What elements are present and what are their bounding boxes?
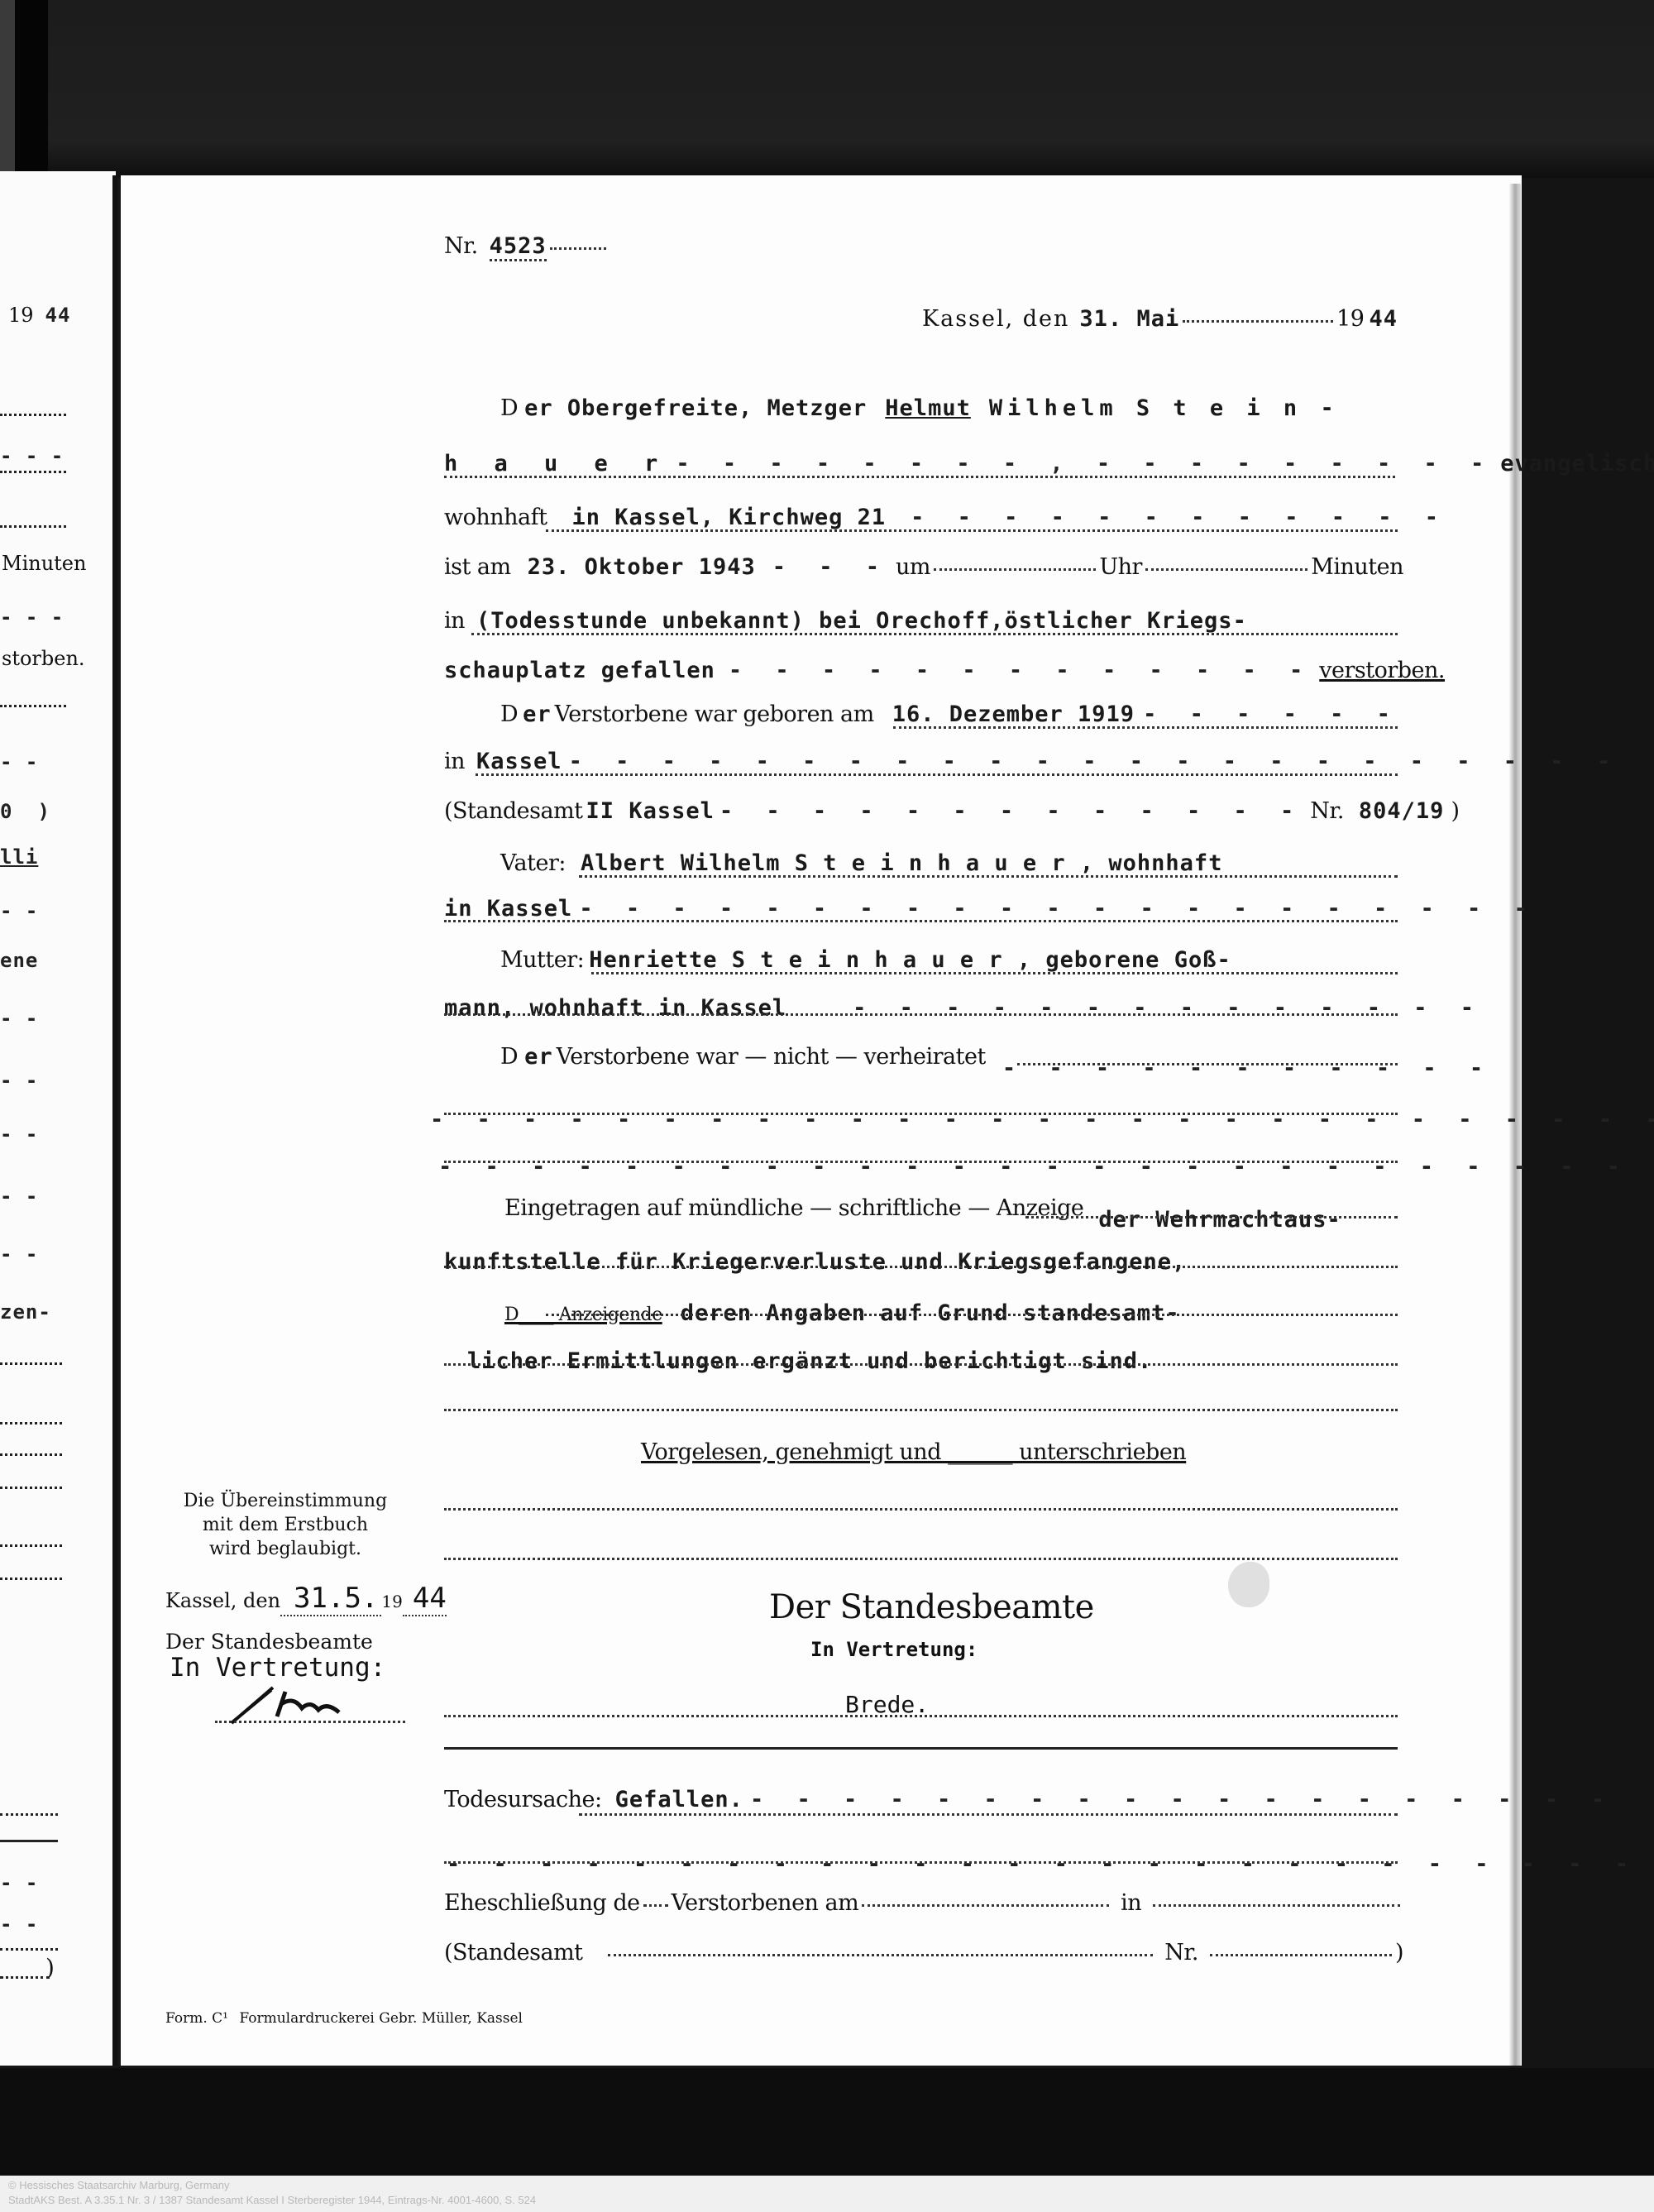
footer-copyright: © Hessisches Staatsarchiv Marburg, Germa… [8,2179,230,2191]
mother-line: Mutter: Henriette S t e i n h a u e r , … [500,947,1410,973]
birth-registry-line: (Standesamt II Kassel - - - - - - - - - … [444,798,1403,824]
signature [223,1683,364,1725]
book-binding [112,175,117,2066]
certification-date: Kassel, den31.5.1944 [165,1582,447,1615]
certification-official: Der Standesbeamte [165,1630,373,1654]
left-page-fragment: 1944 - - - Minuten - - - storben. - - 0)… [0,171,116,2066]
cause-of-death-line: Todesursache: Gefallen. - - - - - - - - … [444,1787,1403,1812]
registrar-title: Der Standesbeamte [769,1588,1094,1626]
marriage-registry-line: (Standesamt Nr. ) [444,1940,1403,1965]
read-approved-line: Vorgelesen, genehmigt und ______ untersc… [641,1439,1186,1465]
death-place-cont: schauplatz gefallen - - - - - - - - - - … [444,658,1403,683]
certification-representation: In Vertretung: [170,1653,385,1683]
death-date-line: ist am 23. Oktober 1943 - - - um Uhr Min… [444,554,1403,580]
printer-imprint: Form. C¹ Formulardruckerei Gebr. Müller,… [165,2010,523,2027]
certification-line-1: Die Übereinstimmung [165,1489,405,1513]
background-book-edge [0,0,15,174]
certification-line-2: mit dem Erstbuch [165,1513,405,1537]
background-bottom [0,2068,1654,2176]
background-shadow [15,0,48,174]
record-place-date: Kassel, den 31. Mai 19 44 [922,306,1398,332]
birth-date-line: D er Verstorbene war geboren am 16. Deze… [500,701,1427,727]
marriage-line: Eheschließung de Verstorbenen am in [444,1890,1403,1916]
registration-informant: kunftstelle für Kriegerverluste und Krie… [444,1249,1403,1275]
mother-residence: mann, wohnhaft in Kassel - - - - - - - -… [444,995,1403,1021]
father-residence: in Kassel - - - - - - - - - - - - - - - … [444,896,1403,922]
stamp-mark [1228,1562,1269,1607]
informant-line-cont: licher Ermittlungen ergänzt und berichti… [467,1348,1377,1374]
birth-place-line: in Kassel - - - - - - - - - - - - - - - … [444,749,1403,774]
background-scanner-bed [48,0,1654,178]
footer-citation: StadtAKS Best. A 3.35.1 Nr. 3 / 1387 Sta… [8,2194,536,2206]
father-line: Vater: Albert Wilhelm S t e i n h a u e … [500,850,1410,876]
certification-block: Die Übereinstimmung mit dem Erstbuch wir… [165,1489,405,1561]
archive-footer: © Hessisches Staatsarchiv Marburg, Germa… [0,2176,1654,2212]
deceased-name-cont: h a u e r - - - - - - - - , - - - - - - … [444,451,1395,476]
death-place-line: in (Todesstunde unbekannt) bei Orechoff,… [444,608,1412,634]
deceased-name-line: D er Obergefreite, Metzger Helmut Wilhel… [500,395,1451,421]
record-number: Nr. 4523 [444,233,609,261]
certification-line-3: wird beglaubigt. [165,1537,405,1561]
marital-status-line: D er Verstorbene war — nicht — verheirat… [500,1044,1410,1070]
registrar-representation: In Vertretung: [810,1638,978,1661]
residence-line: wohnhaft in Kassel, Kirchweg 21 - - - - … [444,505,1395,530]
left-year: 1944 [8,304,70,327]
